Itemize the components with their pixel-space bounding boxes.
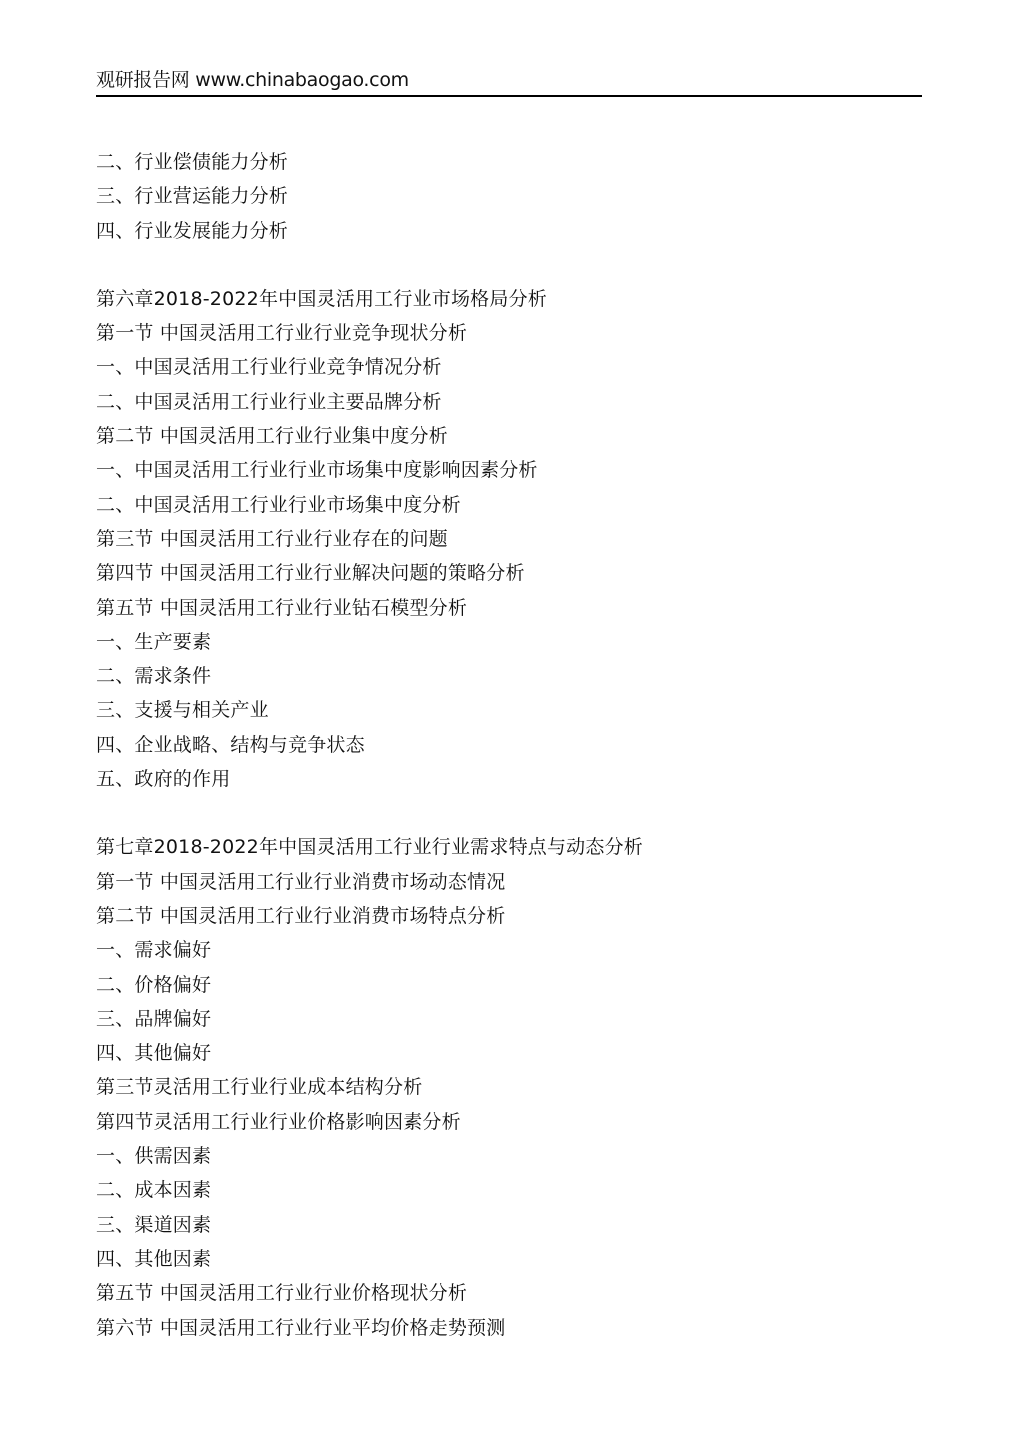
header-divider bbox=[96, 95, 922, 97]
toc-item: 三、品牌偏好 bbox=[96, 1002, 926, 1036]
toc-item: 第一节 中国灵活用工行业行业消费市场动态情况 bbox=[96, 865, 926, 899]
toc-block-chapter-6: 第六章2018-2022年中国灵活用工行业市场格局分析 第一节 中国灵活用工行业… bbox=[96, 282, 926, 796]
toc-item: 第六节 中国灵活用工行业行业平均价格走势预测 bbox=[96, 1311, 926, 1345]
toc-item: 第二节 中国灵活用工行业行业集中度分析 bbox=[96, 419, 926, 453]
toc-item: 二、中国灵活用工行业行业主要品牌分析 bbox=[96, 385, 926, 419]
toc-item: 第四节 中国灵活用工行业行业解决问题的策略分析 bbox=[96, 556, 926, 590]
chapter-heading: 第六章2018-2022年中国灵活用工行业市场格局分析 bbox=[96, 282, 926, 316]
toc-item: 第五节 中国灵活用工行业行业钻石模型分析 bbox=[96, 591, 926, 625]
toc-item: 二、价格偏好 bbox=[96, 968, 926, 1002]
toc-item: 二、行业偿债能力分析 bbox=[96, 145, 926, 179]
toc-item: 一、中国灵活用工行业行业竞争情况分析 bbox=[96, 350, 926, 384]
toc-item: 四、其他因素 bbox=[96, 1242, 926, 1276]
toc-block-financial: 二、行业偿债能力分析 三、行业营运能力分析 四、行业发展能力分析 bbox=[96, 145, 926, 248]
toc-item: 第三节 中国灵活用工行业行业存在的问题 bbox=[96, 522, 926, 556]
toc-item: 一、中国灵活用工行业行业市场集中度影响因素分析 bbox=[96, 453, 926, 487]
toc-item: 一、生产要素 bbox=[96, 625, 926, 659]
toc-item: 二、需求条件 bbox=[96, 659, 926, 693]
toc-item: 二、中国灵活用工行业行业市场集中度分析 bbox=[96, 488, 926, 522]
toc-item: 五、政府的作用 bbox=[96, 762, 926, 796]
toc-item: 四、行业发展能力分析 bbox=[96, 214, 926, 248]
toc-item: 四、企业战略、结构与竞争状态 bbox=[96, 728, 926, 762]
table-of-contents: 二、行业偿债能力分析 三、行业营运能力分析 四、行业发展能力分析 第六章2018… bbox=[96, 145, 926, 1345]
toc-item: 第二节 中国灵活用工行业行业消费市场特点分析 bbox=[96, 899, 926, 933]
toc-item: 第三节灵活用工行业行业成本结构分析 bbox=[96, 1070, 926, 1104]
toc-item: 三、行业营运能力分析 bbox=[96, 179, 926, 213]
chapter-heading: 第七章2018-2022年中国灵活用工行业行业需求特点与动态分析 bbox=[96, 830, 926, 864]
toc-item: 四、其他偏好 bbox=[96, 1036, 926, 1070]
toc-item: 二、成本因素 bbox=[96, 1173, 926, 1207]
page-header: 观研报告网 www.chinabaogao.com bbox=[96, 66, 922, 94]
toc-item: 第五节 中国灵活用工行业行业价格现状分析 bbox=[96, 1276, 926, 1310]
toc-item: 一、供需因素 bbox=[96, 1139, 926, 1173]
toc-item: 一、需求偏好 bbox=[96, 933, 926, 967]
section-spacer bbox=[96, 248, 926, 282]
toc-item: 第一节 中国灵活用工行业行业竞争现状分析 bbox=[96, 316, 926, 350]
site-name: 观研报告网 www.chinabaogao.com bbox=[96, 66, 922, 94]
toc-block-chapter-7: 第七章2018-2022年中国灵活用工行业行业需求特点与动态分析 第一节 中国灵… bbox=[96, 830, 926, 1344]
section-spacer bbox=[96, 796, 926, 830]
toc-item: 三、支援与相关产业 bbox=[96, 693, 926, 727]
toc-item: 第四节灵活用工行业行业价格影响因素分析 bbox=[96, 1105, 926, 1139]
toc-item: 三、渠道因素 bbox=[96, 1208, 926, 1242]
